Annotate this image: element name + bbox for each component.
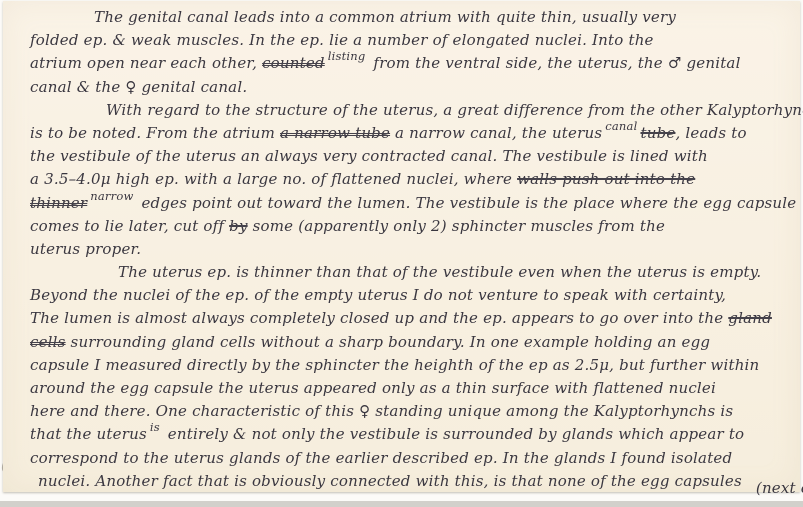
handwriting-text: canal & the ♀ genital canal. xyxy=(30,78,247,96)
inserted-word: canal xyxy=(605,115,637,138)
notecard: The genital canal leads into a common at… xyxy=(3,1,800,492)
handwriting-line: The uterus ep. is thinner than that of t… xyxy=(30,261,792,284)
scribbled-text: cells xyxy=(30,333,66,351)
handwriting-text: a narrow canal, the uterus xyxy=(390,124,602,142)
handwriting-text: , leads to xyxy=(675,124,746,142)
scribbled-text: counted xyxy=(262,54,325,72)
handwriting-text: edges point out toward the lumen. The ve… xyxy=(137,194,797,212)
handwriting-line: a 3.5–4.0μ high ep. with a large no. of … xyxy=(30,168,792,191)
handwriting-line: around the egg capsule the uterus appear… xyxy=(30,377,792,400)
handwriting-line: canal & the ♀ genital canal. xyxy=(30,76,792,99)
handwriting-line: capsule I measured directly by the sphin… xyxy=(30,354,792,377)
handwriting-text: The genital canal leads into a common at… xyxy=(94,8,676,26)
handwriting-line: nuclei. Another fact that is obviously c… xyxy=(30,470,792,493)
handwriting-line: correspond to the uterus glands of the e… xyxy=(30,447,792,470)
handwriting-text: correspond to the uterus glands of the e… xyxy=(30,449,732,467)
handwriting-text: the vestibule of the uterus an always ve… xyxy=(30,147,708,165)
handwriting-line: atrium open near each other, countedlist… xyxy=(30,52,792,75)
inserted-word: is xyxy=(150,416,160,439)
handwriting-text: comes to lie later, cut off xyxy=(30,217,229,235)
scan-edge xyxy=(0,501,803,507)
handwriting-text: that the uterus xyxy=(30,425,147,443)
handwriting-text: Beyond the nuclei of the ep. of the empt… xyxy=(30,286,726,304)
next-card-note: (next card) xyxy=(756,477,803,500)
handwriting-text: capsule I measured directly by the sphin… xyxy=(30,356,759,374)
handwriting-line: the vestibule of the uterus an always ve… xyxy=(30,145,792,168)
handwriting-line: uterus proper. xyxy=(30,238,792,261)
handwriting-text: nuclei. Another fact that is obviously c… xyxy=(38,472,742,490)
handwriting-text: around the egg capsule the uterus appear… xyxy=(30,379,716,397)
handwriting-line: thinnernarrow edges point out toward the… xyxy=(30,192,792,215)
handwriting-text: atrium open near each other, xyxy=(30,54,262,72)
handwriting-text: uterus proper. xyxy=(30,240,141,258)
handwriting-line: Beyond the nuclei of the ep. of the empt… xyxy=(30,284,792,307)
handwriting-line: folded ep. & weak muscles. In the ep. li… xyxy=(30,29,792,52)
handwriting-text: The uterus ep. is thinner than that of t… xyxy=(118,263,761,281)
handwriting-text: surrounding gland cells without a sharp … xyxy=(66,333,711,351)
struck-text: by xyxy=(229,217,247,235)
handwriting-line: The genital canal leads into a common at… xyxy=(30,6,792,29)
struck-text: gland xyxy=(728,309,772,327)
handwriting-line: With regard to the structure of the uter… xyxy=(30,99,792,122)
handwriting-line: here and there. One characteristic of th… xyxy=(30,400,792,423)
handwriting-line: The lumen is almost always completely cl… xyxy=(30,307,792,330)
inserted-word: listing xyxy=(328,45,366,68)
handwriting-text: from the ventral side, the uterus, the ♂… xyxy=(368,54,740,72)
handwriting-line: comes to lie later, cut off by some (app… xyxy=(30,215,792,238)
handwriting-line: is to be noted. From the atrium a narrow… xyxy=(30,122,792,145)
scribbled-text: thinner xyxy=(30,194,87,212)
handwriting-text: entirely & not only the vestibule is sur… xyxy=(163,425,744,443)
handwriting-line: cells surrounding gland cells without a … xyxy=(30,331,792,354)
handwriting-line: that the uterusis entirely & not only th… xyxy=(30,423,792,446)
handwriting-text: With regard to the structure of the uter… xyxy=(106,101,803,119)
inserted-word: narrow xyxy=(90,185,133,208)
notecard-text: The genital canal leads into a common at… xyxy=(30,6,792,493)
struck-text: tube xyxy=(640,124,675,142)
handwriting-text: The lumen is almost always completely cl… xyxy=(30,309,728,327)
handwriting-text: is to be noted. From the atrium xyxy=(30,124,280,142)
handwriting-text: some (apparently only 2) sphincter muscl… xyxy=(248,217,665,235)
scribbled-text: a narrow tube xyxy=(280,124,390,142)
handwriting-text: here and there. One characteristic of th… xyxy=(30,402,733,420)
struck-text: walls push out into the xyxy=(517,170,695,188)
